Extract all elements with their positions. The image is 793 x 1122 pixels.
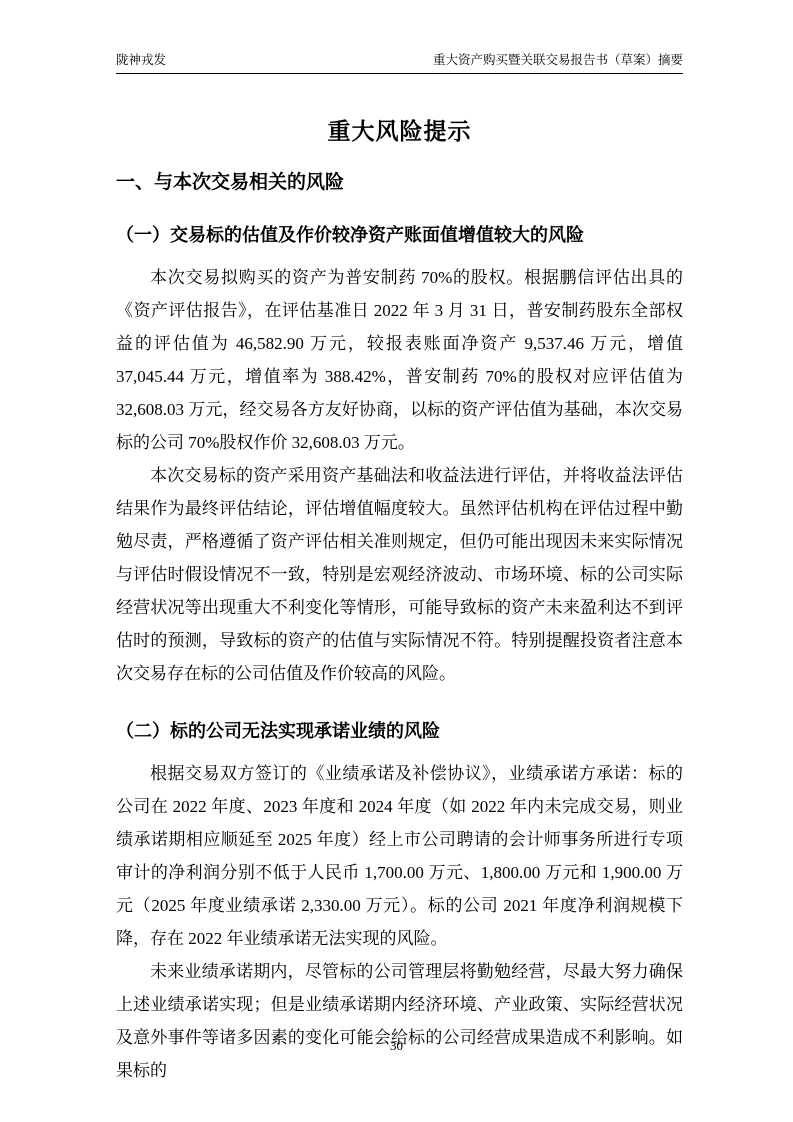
performance-commitment-paragraph-1: 根据交易双方签订的《业绩承诺及补偿协议》，业绩承诺方承诺：标的公司在 2022 … [116, 757, 683, 955]
valuation-risk-paragraph-1: 本次交易拟购买的资产为普安制药 70%的股权。根据鹏信评估出具的《资产评估报告》… [116, 261, 683, 459]
page-content: 陇神戎发 重大资产购买暨关联交易报告书（草案）摘要 重大风险提示 一、与本次交易… [116, 0, 683, 1087]
subsection-heading-1: （一）交易标的估值及作价较净资产账面值增值较大的风险 [116, 223, 683, 247]
subsection-heading-2: （二）标的公司无法实现承诺业绩的风险 [116, 719, 683, 743]
section-heading-1: 一、与本次交易相关的风险 [116, 172, 683, 194]
page-title: 重大风险提示 [116, 118, 683, 144]
header-company-name: 陇神戎发 [116, 52, 166, 68]
performance-commitment-paragraph-2: 未来业绩承诺期内，尽管标的公司管理层将勤勉经营，尽最大努力确保上述业绩承诺实现；… [116, 955, 683, 1087]
valuation-risk-paragraph-2: 本次交易标的资产采用资产基础法和收益法进行评估，并将收益法评估结果作为最终评估结… [116, 459, 683, 690]
page-number: 30 [0, 1038, 793, 1054]
header-report-title: 重大资产购买暨关联交易报告书（草案）摘要 [433, 52, 683, 68]
running-header: 陇神戎发 重大资产购买暨关联交易报告书（草案）摘要 [116, 52, 683, 74]
document-page: 陇神戎发 重大资产购买暨关联交易报告书（草案）摘要 重大风险提示 一、与本次交易… [0, 0, 793, 1122]
